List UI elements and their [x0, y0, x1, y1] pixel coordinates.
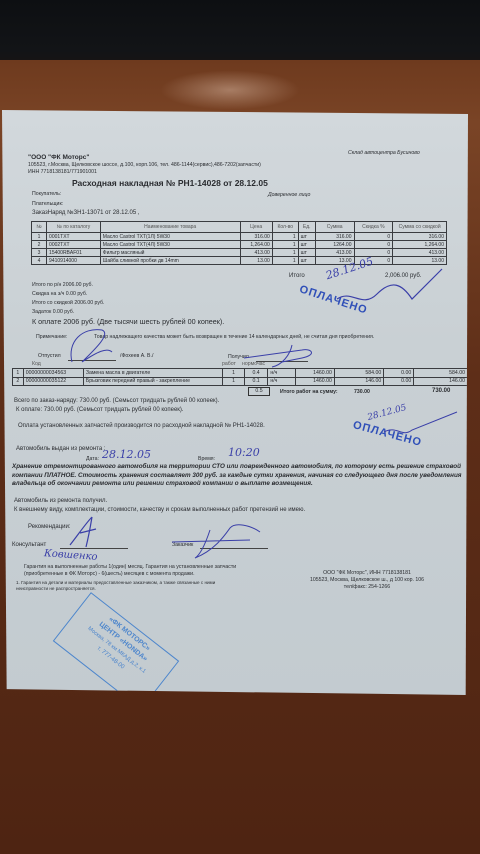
cell: 1	[272, 257, 298, 265]
cell: 584.00	[414, 369, 468, 378]
cell: 0	[354, 233, 393, 241]
footer-address: 105523, Москва, Щелковское ш., д 100 кор…	[292, 577, 442, 583]
cell: 2	[32, 241, 47, 249]
goods-row: 1 0001TXT Масло Castrol TXT(1Л) 5W30 316…	[32, 233, 447, 241]
cell: 9410914000	[47, 257, 101, 265]
col-header: № по каталогу	[47, 222, 101, 233]
cell: шт	[298, 233, 315, 241]
cell: 1460.00	[296, 377, 335, 386]
goods-row: 3 15400RBAF01 Фильтр масляный 413.00 1 ш…	[32, 249, 447, 257]
cell: н/ч	[268, 369, 296, 378]
car-received: Автомобиль из ремонта получил.	[14, 498, 107, 504]
summary-deposit: Задаток 0.00 руб.	[32, 309, 74, 315]
time-value: 10:20	[228, 446, 260, 459]
summary-total-discounted: Итого со скидкой 2006.00 руб.	[32, 300, 104, 306]
cell: Масло Castrol TXT(1Л) 5W30	[100, 233, 240, 241]
cell: 15400RBAF01	[47, 249, 101, 257]
cell: Замена масла в двигателе	[83, 369, 223, 378]
works-row: 1 00000000034563 Замена масла в двигател…	[13, 369, 468, 378]
cell: шт	[298, 249, 315, 257]
col-header: Наименование товара	[100, 222, 240, 233]
cell: 584.00	[334, 369, 383, 378]
col-header: №	[32, 222, 47, 233]
cell: 316.00	[240, 233, 272, 241]
car-released-label: Автомобиль выдан из ремонта :	[16, 446, 106, 452]
cell: Фильтр масляный	[100, 249, 240, 257]
cell: 0	[354, 241, 393, 249]
warehouse-label: Склад автоцентра Бусиново	[348, 150, 420, 156]
works-total-final: 730.00	[432, 388, 450, 394]
light-glare	[160, 70, 300, 110]
cell: 413.00	[240, 249, 272, 257]
cell: 0002TXT	[47, 241, 101, 249]
warranty-text: Гарантия на выполненные работы 1(один) м…	[24, 564, 269, 578]
buyer-label: Покупатель:	[32, 191, 61, 197]
cell: 1460.00	[296, 369, 335, 378]
works-code-header: Код	[32, 361, 41, 367]
cell: шт	[298, 257, 315, 265]
cell: 1	[13, 369, 24, 378]
goods-table: № № по каталогу Наименование товара Цена…	[31, 221, 447, 265]
cell: 0.00	[384, 369, 414, 378]
cell: 146.00	[414, 377, 468, 386]
proxy-label: Доверенное лицо	[268, 192, 310, 198]
col-header: Сумма со скидкой	[393, 222, 447, 233]
cell: 2	[13, 377, 24, 386]
cell: 13.00	[240, 257, 272, 265]
footer-company: ООО "ФК Моторс", ИНН 7718138181	[292, 570, 442, 576]
cell: Брызговик передний правый - закрепление	[83, 377, 223, 386]
col-header: Цена	[240, 222, 272, 233]
date-value: 28.12.05	[102, 448, 151, 461]
cell: 146.00	[334, 377, 383, 386]
summary-total: Итого по р/н 2006.00 руб.	[32, 282, 93, 288]
released-label: Отпустил	[38, 353, 61, 359]
cell: 00000000035122	[23, 377, 83, 386]
warranty-note: 1. Гарантия на детали и материалы предос…	[16, 580, 246, 592]
order-reference: ЗаказНаряд №ЗН1-13071 от 28.12.05 ,	[32, 210, 139, 216]
works-table: 1 00000000034563 Замена масла в двигател…	[12, 368, 468, 386]
signature-paid-2	[382, 410, 462, 440]
company-inn: ИНН 7718138181/771901001	[28, 169, 97, 175]
goods-total-label: Итого	[289, 273, 305, 279]
cell: 0001TXT	[47, 233, 101, 241]
goods-row: 2 0002TXT Масло Castrol TXT(4Л) 5W30 1,2…	[32, 241, 447, 249]
company-address: 105523, г.Москва, Щелковское шоссе, д.10…	[28, 162, 261, 168]
consultant-label: Консультант	[12, 542, 46, 548]
payer-label: Плательщик:	[32, 201, 63, 207]
cell: 413.00	[393, 249, 447, 257]
cell: 1	[272, 233, 298, 241]
no-claims-statement: К внешнему виду, комплектации, стоимости…	[14, 507, 305, 513]
col-header: Скидка %	[354, 222, 393, 233]
summary-discount: Скидка на з/ч 0.00 руб.	[32, 291, 87, 297]
cell: 0.1	[244, 377, 268, 386]
cell: 1	[223, 377, 244, 386]
col-header: Ед.	[298, 222, 315, 233]
recommendations-label: Рекомендации:	[28, 524, 71, 530]
summary-to-pay: К оплате 2006 руб. (Две тысячи шесть руб…	[32, 317, 224, 326]
cell: шт	[298, 241, 315, 249]
cell: 1	[32, 233, 47, 241]
cell: 316.00	[393, 233, 447, 241]
goods-table-header: № № по каталогу Наименование товара Цена…	[32, 222, 447, 233]
cell: Шайба сливной пробки дв 14mm	[100, 257, 240, 265]
col-header: Кол-во	[272, 222, 298, 233]
company-header: "ООО "ФК Моторс"	[28, 154, 89, 161]
cell: 316.00	[315, 233, 354, 241]
cell: 1,264.00	[393, 241, 447, 249]
order-total: Всего по заказ-наряду: 730.00 руб. (Семь…	[14, 398, 219, 404]
works-total-sum: 730.00	[354, 389, 370, 395]
cell: н/ч	[268, 377, 296, 386]
signature-customer	[170, 520, 270, 560]
cell: 1264.00	[315, 241, 354, 249]
storage-terms: Хранение отремонтированного автомобиля н…	[12, 463, 462, 489]
cell: 0.00	[384, 377, 414, 386]
signature-consultant	[66, 515, 106, 549]
cell: 1	[272, 249, 298, 257]
cell: 0	[354, 249, 393, 257]
invoice-title: Расходная накладная № РН1-14028 от 28.12…	[72, 178, 268, 188]
parts-payment-note: Оплата установленных запчастей производи…	[18, 423, 265, 429]
released-name: /Фохеев А. В./	[120, 353, 153, 359]
cell: 00000000034563	[23, 369, 83, 378]
consultant-handwritten-name: Ковшенко	[44, 548, 98, 563]
cell: 3	[32, 249, 47, 257]
cell: 0.4	[244, 369, 268, 378]
cell: 1	[272, 241, 298, 249]
cell: Масло Castrol TXT(4Л) 5W30	[100, 241, 240, 249]
time-label: Время:	[198, 456, 215, 462]
signature-released	[62, 322, 122, 366]
col-header: Сумма	[315, 222, 354, 233]
works-qty-header: работ	[222, 361, 236, 367]
cell: 1,264.00	[240, 241, 272, 249]
works-total-label: Итого работ на сумму:	[280, 389, 338, 395]
order-to-pay: К оплате: 730.00 руб. (Семьсот тридцать …	[16, 407, 184, 413]
signature-paid-1	[332, 264, 452, 314]
works-total-hours: 0.5	[248, 387, 270, 396]
cell: 1	[223, 369, 244, 378]
footer-phone: тел/факс: 254-1266	[292, 584, 442, 590]
cell: 4	[32, 257, 47, 265]
invoice-document: "ООО "ФК Моторс" 105523, г.Москва, Щелко…	[2, 110, 468, 695]
works-hours-header: нормочас	[242, 361, 265, 367]
date-label: Дата:	[86, 456, 99, 462]
cell: 413.00	[315, 249, 354, 257]
works-row: 2 00000000035122 Брызговик передний прав…	[13, 377, 468, 386]
